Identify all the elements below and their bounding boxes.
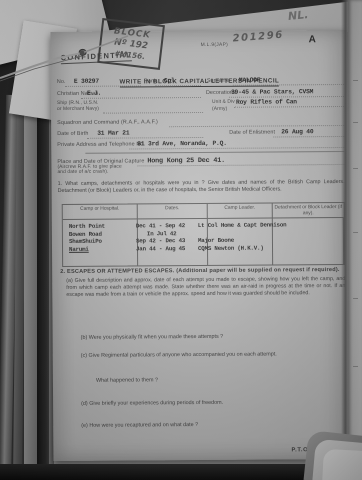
enlistment-field-line	[273, 136, 344, 137]
question-1-text: 1. What camps, detachments or hospitals …	[58, 179, 345, 195]
rank-value: Cpl	[164, 77, 175, 84]
camp-dates: Sep 42 - Dec 43	[136, 237, 185, 245]
camp-dates-column: Dec 41 - Sep 42 In Jul 42 Sep 42 - Dec 4…	[136, 222, 185, 253]
camp-table: Camp or Hospital. Dates. Camp Leader. De…	[62, 202, 345, 267]
camp-leader: Lt Col Home & Capt Dennison	[198, 221, 287, 229]
camp-table-body: North Point Bowen Road ShamShuiPo Narumi…	[63, 218, 344, 266]
form-letter-a: A	[309, 34, 316, 45]
enlistment-label: Date of Enlistment	[229, 129, 275, 136]
camp-name: Narumi	[69, 245, 105, 253]
camp-table-header: Camp Leader.	[208, 203, 273, 217]
adjacent-page-edge	[348, 0, 362, 480]
address-value: 81 3rd Ave, Noranda, P.Q.	[137, 140, 227, 148]
question-2b-text: (b) Were you physically fit when you mad…	[81, 334, 224, 341]
spine-paper-edge	[24, 92, 38, 480]
camp-name: North Point	[69, 223, 105, 231]
camp-table-header: Detachment or Block Leader (if any).	[273, 203, 344, 217]
decorations-value: 39-45 & Pac Stars, CVSM	[231, 88, 313, 96]
rank-label: Rank	[144, 78, 157, 84]
question-2e-text: (e) How were you recaptured and on what …	[81, 422, 198, 429]
pencil-note-nl: NL.	[287, 8, 309, 23]
pow-questionnaire-form: CONFIDENTIAL BLOCK Nº 192 #M156. M.L.9(J…	[51, 30, 351, 461]
ship-label-line1: Ship (R.N., U.S.N.	[57, 101, 99, 107]
camp-leaders-column: Lt Col Home & Capt Dennison Major Boone …	[198, 221, 287, 252]
christian-names-value: E.J.	[87, 90, 101, 97]
question-2c-text: (c) Give Regimental particulars of anyon…	[81, 351, 277, 358]
enlistment-value: 26 Aug 40	[281, 128, 313, 135]
camp-dates: Dec 41 - Sep 42	[136, 222, 185, 230]
camp-table-header: Camp or Hospital.	[63, 204, 138, 219]
camp-table-header: Dates.	[138, 204, 208, 218]
question-2c2-text: What happened to them ?	[96, 377, 158, 383]
question-2d-text: (d) Give briefly your experiences during…	[81, 400, 223, 407]
christian-names-field-line	[81, 97, 201, 99]
adjacent-page-text-mark	[353, 366, 358, 367]
adjacent-page-text-mark	[353, 122, 358, 123]
punch-hole	[79, 49, 87, 56]
block-number-stamp-box: BLOCK Nº 192 #M156.	[97, 18, 165, 70]
adjacent-page-text-mark	[353, 298, 358, 299]
camp-leader: CQMS Newton (H.K.V.)	[198, 244, 287, 252]
unit-label-line1: Unit & Div	[212, 100, 235, 106]
camp-dates: Jan 44 - Aug 45	[136, 245, 185, 253]
section-divider-rule	[85, 151, 344, 154]
no-value: E 30297	[74, 78, 99, 85]
section-2-heading: 2. ESCAPES OR ATTEMPTED ESCAPES. (Additi…	[60, 267, 347, 275]
adjacent-page-text-mark	[353, 232, 358, 233]
capture-label-line3: and date of a/c crash).	[57, 170, 108, 176]
squadron-label: Squadron and Command (R.A.F., A.A.F.)	[57, 119, 158, 126]
address-field-line	[129, 147, 344, 150]
ship-field-line	[103, 112, 203, 114]
address-label: Private Address and Telephone No.	[57, 141, 145, 148]
camp-names-column: North Point Bowen Road ShamShuiPo Narumi	[69, 223, 105, 254]
adjacent-page-text-mark	[353, 168, 358, 169]
unit-label-line2: (Army)	[212, 107, 227, 113]
adjacent-page-text-mark	[353, 80, 358, 81]
squadron-field-line	[169, 125, 344, 127]
capture-value: Hong Kong 25 Dec 41.	[147, 157, 225, 166]
date-of-birth-label: Date of Birth	[57, 131, 88, 137]
curled-page-corner	[322, 449, 362, 480]
handwritten-serial-number: 201296	[232, 30, 284, 45]
surname-value: MALOOF	[239, 77, 261, 84]
ship-label-line2: or Merchant Navy)	[57, 107, 99, 113]
camp-name: ShamShuiPo	[69, 238, 105, 246]
photographed-document-scene: CONFIDENTIAL BLOCK Nº 192 #M156. M.L.9(J…	[0, 0, 362, 480]
unit-field-line	[234, 106, 344, 108]
date-of-birth-field-line	[87, 137, 203, 139]
question-2a-text: (a) Give full description and approx. da…	[66, 276, 345, 299]
date-of-birth-value: 31 Mar 21	[97, 129, 129, 136]
surname-label: Surname	[207, 78, 230, 84]
no-label: No.	[57, 79, 66, 85]
form-reference-label: M.L.9(JAP)	[201, 43, 229, 48]
unit-value: Roy Rifles of Can	[236, 98, 297, 105]
